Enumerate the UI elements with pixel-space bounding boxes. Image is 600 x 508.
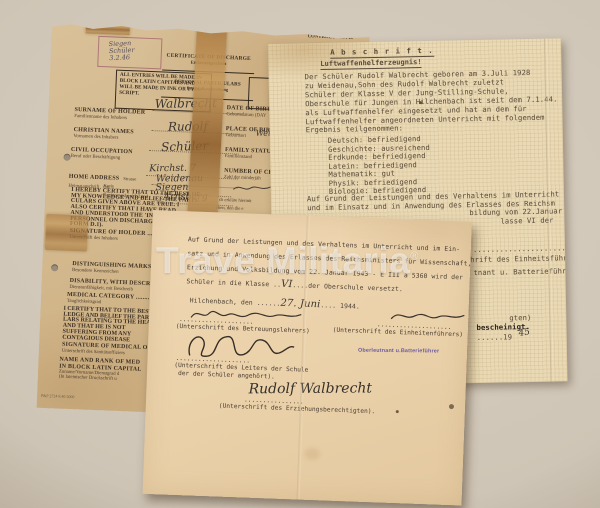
caption-erziehung: (Unterschrift des Erziehungsberechtigten… [219, 403, 376, 416]
marks-label-de: Besondere Kennzeichen [72, 268, 119, 275]
abschrift-title: A b s c h r i f t . [330, 46, 434, 59]
receipt-stamp-box: Siegen Schüler 3.2.46 [97, 36, 162, 70]
control-form-fragment: CONTROL FORM D. [307, 34, 353, 42]
col2-fragment-1: ch erkläre hiermit [219, 197, 252, 204]
abschrift-subtitle: Luftwaffenhelferzeugnis! [320, 58, 421, 70]
speck [396, 410, 399, 413]
field-christian-names: CHRISTIAN NAMES Vornamen des Inhabers [73, 127, 134, 141]
punch-hole [63, 154, 70, 161]
abschrift-body: Der Schüler Rudolf Walbrecht geboren am … [305, 68, 559, 135]
name-rank-block: NAME AND RANK OF MED IN BLOCK LATIN CAPI… [59, 357, 142, 384]
speck [419, 101, 422, 104]
stain [304, 448, 320, 461]
col2-fragment-2: onen, den die e [216, 205, 244, 211]
medical-category-label-de: Tauglichkeitsgrad [67, 299, 101, 306]
abschrift-fragment-rank: tnant u. Batterieführer [473, 267, 567, 278]
tape-strip-top [86, 22, 130, 35]
field-surname: SURNAME OF HOLDER Familienname des Inhab… [74, 107, 145, 122]
versetzung-body: Auf Grund der Leistungen und des Verhalt… [186, 233, 472, 300]
signature-medical-label-de: Unterschrift des Sanitätsoffiziers [62, 349, 125, 357]
photo-scene: CONTROL FORM D. Siegen Schüler 3.2.46 AL… [0, 0, 600, 508]
rank-stamp: Oberleutnant u.Batterieführer [358, 348, 439, 355]
field-civil-occupation: CIVIL OCCUPATION Beruf oder Beschäftigun… [71, 147, 133, 161]
stamp-handwriting: Siegen Schüler 3.2.46 [98, 37, 161, 63]
tape-patch-left [45, 214, 88, 252]
class-handwriting: VI [281, 279, 293, 290]
punch-hole [51, 264, 58, 271]
holder-signature [231, 181, 273, 195]
speck [449, 404, 454, 409]
abschrift-fragment-caption: hrift des Einheitsführe [470, 254, 567, 265]
abschrift-fragment-date: ......19 [477, 333, 513, 343]
signature-erziehungsberechtigter: Rudolf Walbrecht [248, 380, 372, 397]
versetzung-document: Auf Grund der Leistungen und des Verhalt… [143, 210, 472, 505]
form-print-code: P&P 2724 8.46 5000 [41, 393, 75, 399]
abschrift-grades: Deutsch: befriedigend Geschichte: ausrei… [328, 135, 431, 196]
abschrift-fragment-klasse: lasse VI der [500, 217, 553, 227]
abschrift-year-handwriting: 45 [518, 327, 531, 339]
